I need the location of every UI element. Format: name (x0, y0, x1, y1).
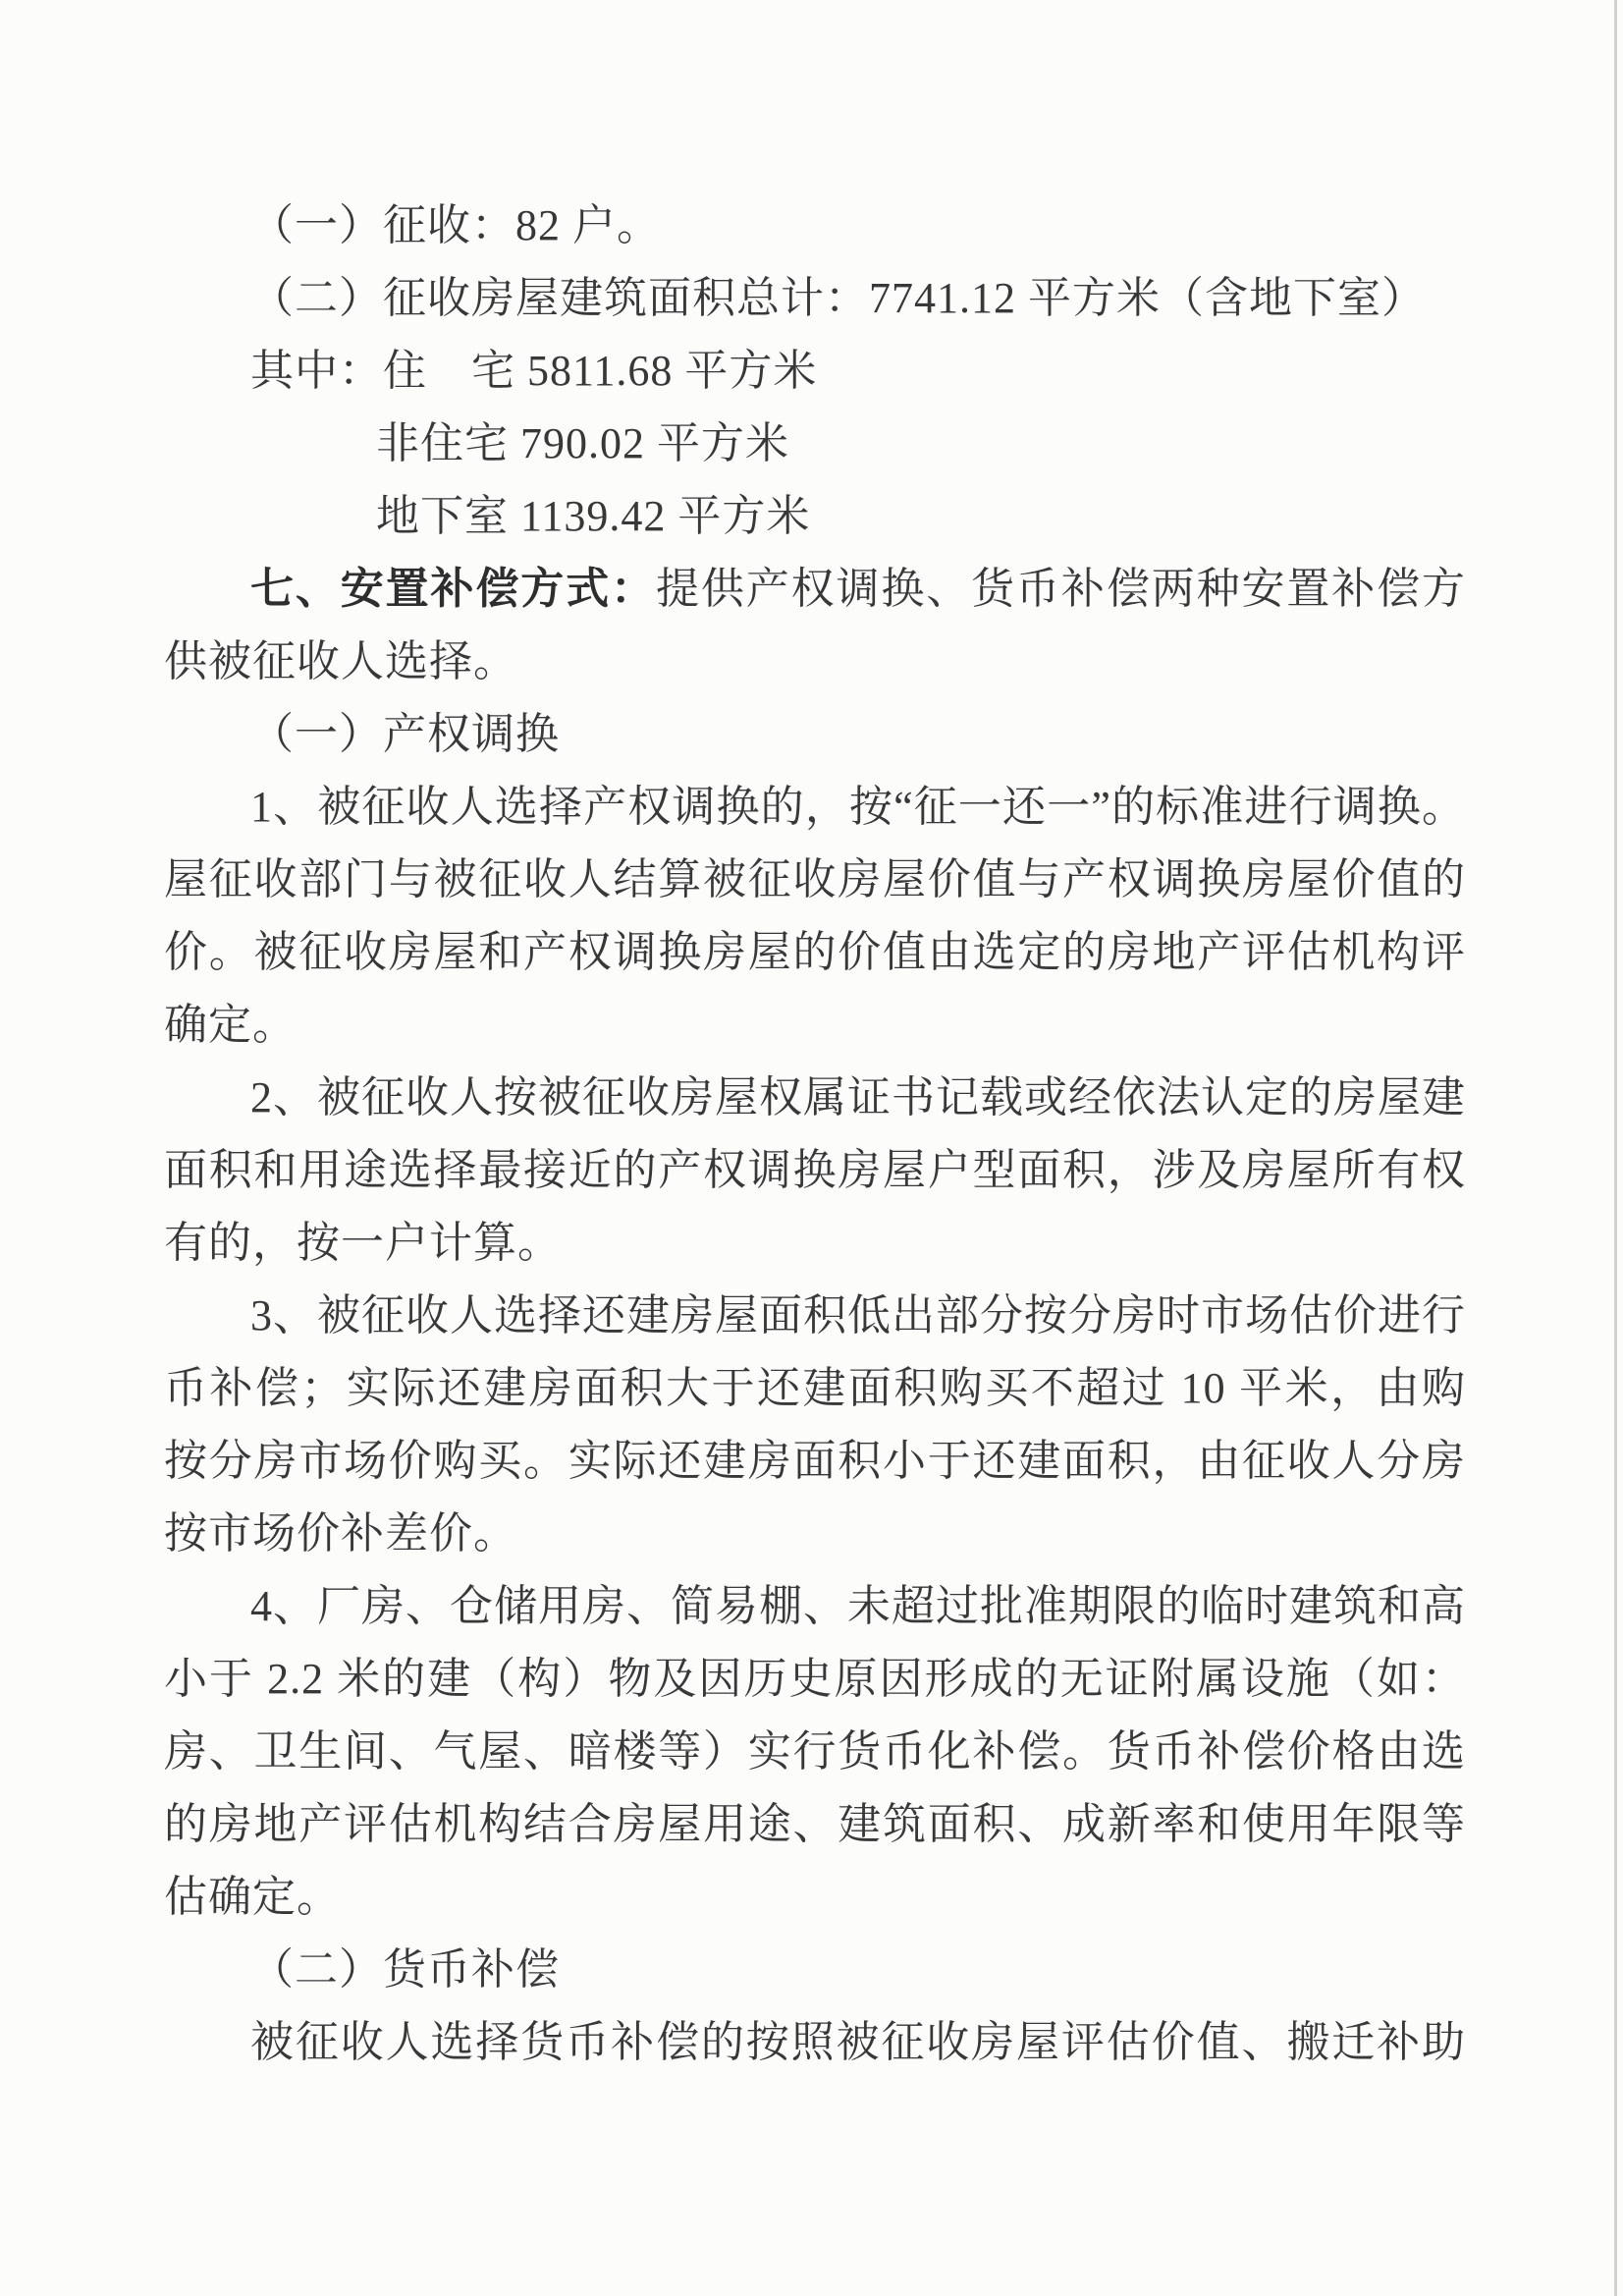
text-line: 币补偿；实际还建房面积大于还建面积购买不超过 10 平米，由购买人 (164, 1352, 1466, 1425)
document-body: （一）征收：82 户。 （二）征收房屋建筑面积总计：7741.12 平方米（含地… (164, 190, 1466, 2079)
text-line: 供被征收人选择。 (164, 626, 1466, 698)
text-line: （二）征收房屋建筑面积总计：7741.12 平方米（含地下室） (164, 262, 1466, 335)
text-line: 小于 2.2 米的建（构）物及因历史原因形成的无证附属设施（如：厨 (164, 1643, 1466, 1716)
text-line: 的房地产评估机构结合房屋用途、建筑面积、成新率和使用年限等评 (164, 1788, 1466, 1861)
text-line: 其中：住 宅 5811.68 平方米 (164, 335, 1466, 408)
text-line: 非住宅 790.02 平方米 (164, 408, 1466, 480)
text-line: （一）产权调换 (164, 698, 1466, 771)
text-line: 2、被征收人按被征收房屋权属证书记载或经依法认定的房屋建筑 (164, 1062, 1466, 1134)
text-line: 4、厂房、仓储用房、简易棚、未超过批准期限的临时建筑和高度 (164, 1570, 1466, 1643)
text-line: 价。被征收房屋和产权调换房屋的价值由选定的房地产评估机构评估 (164, 916, 1466, 989)
text-line: 1、被征收人选择产权调换的，按“征一还一”的标准进行调换。房 (164, 771, 1466, 844)
text-line: 被征收人选择货币补偿的按照被征收房屋评估价值、搬迁补助费、 (164, 2006, 1466, 2079)
text-line: 按分房市场价购买。实际还建房面积小于还建面积，由征收人分房时 (164, 1425, 1466, 1498)
text-line: 估确定。 (164, 1861, 1466, 1934)
text-line: 有的，按一户计算。 (164, 1207, 1466, 1280)
text-line: 七、安置补偿方式：提供产权调换、货币补偿两种安置补偿方式 (164, 553, 1466, 626)
text-line: （一）征收：82 户。 (164, 190, 1466, 262)
text-line: 地下室 1139.42 平方米 (164, 480, 1466, 553)
text-line: 面积和用途选择最接近的产权调换房屋户型面积，涉及房屋所有权共 (164, 1134, 1466, 1207)
section-heading: 七、安置补偿方式： (250, 565, 656, 613)
scanned-document-page: （一）征收：82 户。 （二）征收房屋建筑面积总计：7741.12 平方米（含地… (0, 0, 1623, 2296)
text-line: 房、卫生间、气屋、暗楼等）实行货币化补偿。货币补偿价格由选定 (164, 1716, 1466, 1788)
text-line: 屋征收部门与被征收人结算被征收房屋价值与产权调换房屋价值的差 (164, 844, 1466, 916)
text-line: 按市场价补差价。 (164, 1498, 1466, 1570)
scan-edge-line (1614, 0, 1617, 2296)
text-line: （二）货币补偿 (164, 1934, 1466, 2006)
text-line: 3、被征收人选择还建房屋面积低出部分按分房时市场估价进行货 (164, 1280, 1466, 1352)
text-line: 确定。 (164, 989, 1466, 1062)
